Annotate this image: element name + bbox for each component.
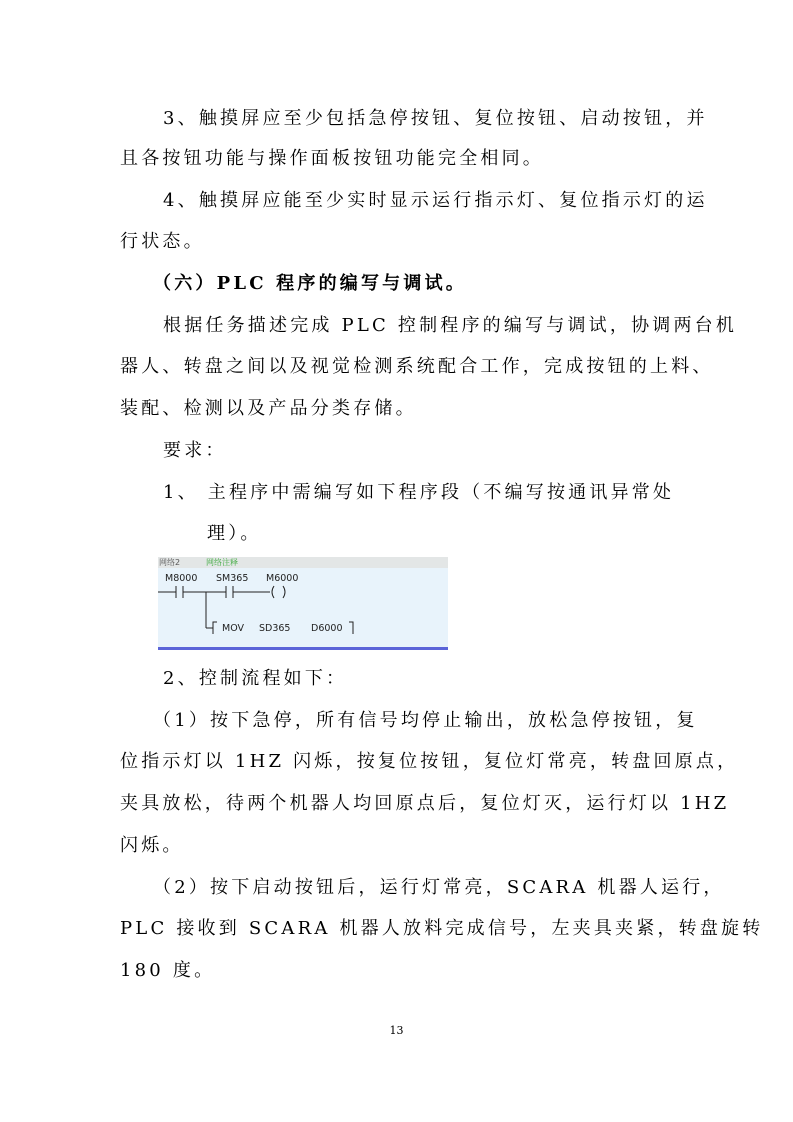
text-line-p3_l1: 3、触摸屏应至少包括急停按钮、复位按钮、启动按钮，并 <box>163 108 708 130</box>
text-line-c2_l2: PLC 接收到 SCARA 机器人放料完成信号，左夹具夹紧，转盘旋转 <box>120 918 763 940</box>
instruction-mov: MOV <box>222 624 244 634</box>
text-line-ctrl: 2、控制流程如下： <box>163 668 347 690</box>
text-line-c1_l4: 闪烁。 <box>120 835 184 857</box>
text-line-p4_l2: 行状态。 <box>120 231 205 253</box>
coil-icon <box>272 586 274 598</box>
text-line-item1_l1: 1、 主程序中需编写如下程序段（不编写按通讯异常处 <box>163 482 674 504</box>
text-line-c2_l3: 180 度。 <box>120 960 215 982</box>
text-line-req: 要求： <box>163 440 227 462</box>
ladder-diagram: 网络2 网络注释 M8000 SM365 M6000 MOV SD365 D60… <box>158 557 448 650</box>
text-line-p_desc_l3: 装配、检测以及产品分类存储。 <box>120 398 417 420</box>
text-line-p_desc_l2: 器人、转盘之间以及视觉检测系统配合工作，完成按钮的上料、 <box>120 356 714 378</box>
operand-d6000: D6000 <box>311 624 343 634</box>
operand-sd365: SD365 <box>259 624 290 634</box>
ladder-bottom-bar <box>158 647 448 650</box>
text-line-c1_l3: 夹具放松，待两个机器人均回原点后，复位灯灭，运行灯以 1HZ <box>120 793 729 815</box>
text-line-c1_l2: 位指示灯以 1HZ 闪烁，按复位按钮，复位灯常亮，转盘回原点， <box>120 751 738 773</box>
text-line-section6: （六）PLC 程序的编写与调试。 <box>153 273 467 295</box>
text-line-p3_l2: 且各按钮功能与操作面板按钮功能完全相同。 <box>120 148 544 170</box>
text-line-c2_l1: （2）按下启动按钮后，运行灯常亮，SCARA 机器人运行， <box>153 877 725 899</box>
text-line-item1_l2: 理）。 <box>207 523 262 545</box>
text-line-c1_l1: （1）按下急停，所有信号均停止输出，放松急停按钮，复 <box>153 710 698 732</box>
ladder-rungs-graphic <box>158 557 448 650</box>
text-line-p_desc_l1: 根据任务描述完成 PLC 控制程序的编写与调试，协调两台机 <box>163 315 737 337</box>
page-number: 13 <box>0 1024 793 1037</box>
text-line-p4_l1: 4、触摸屏应能至少实时显示运行指示灯、复位指示灯的运 <box>163 190 708 212</box>
